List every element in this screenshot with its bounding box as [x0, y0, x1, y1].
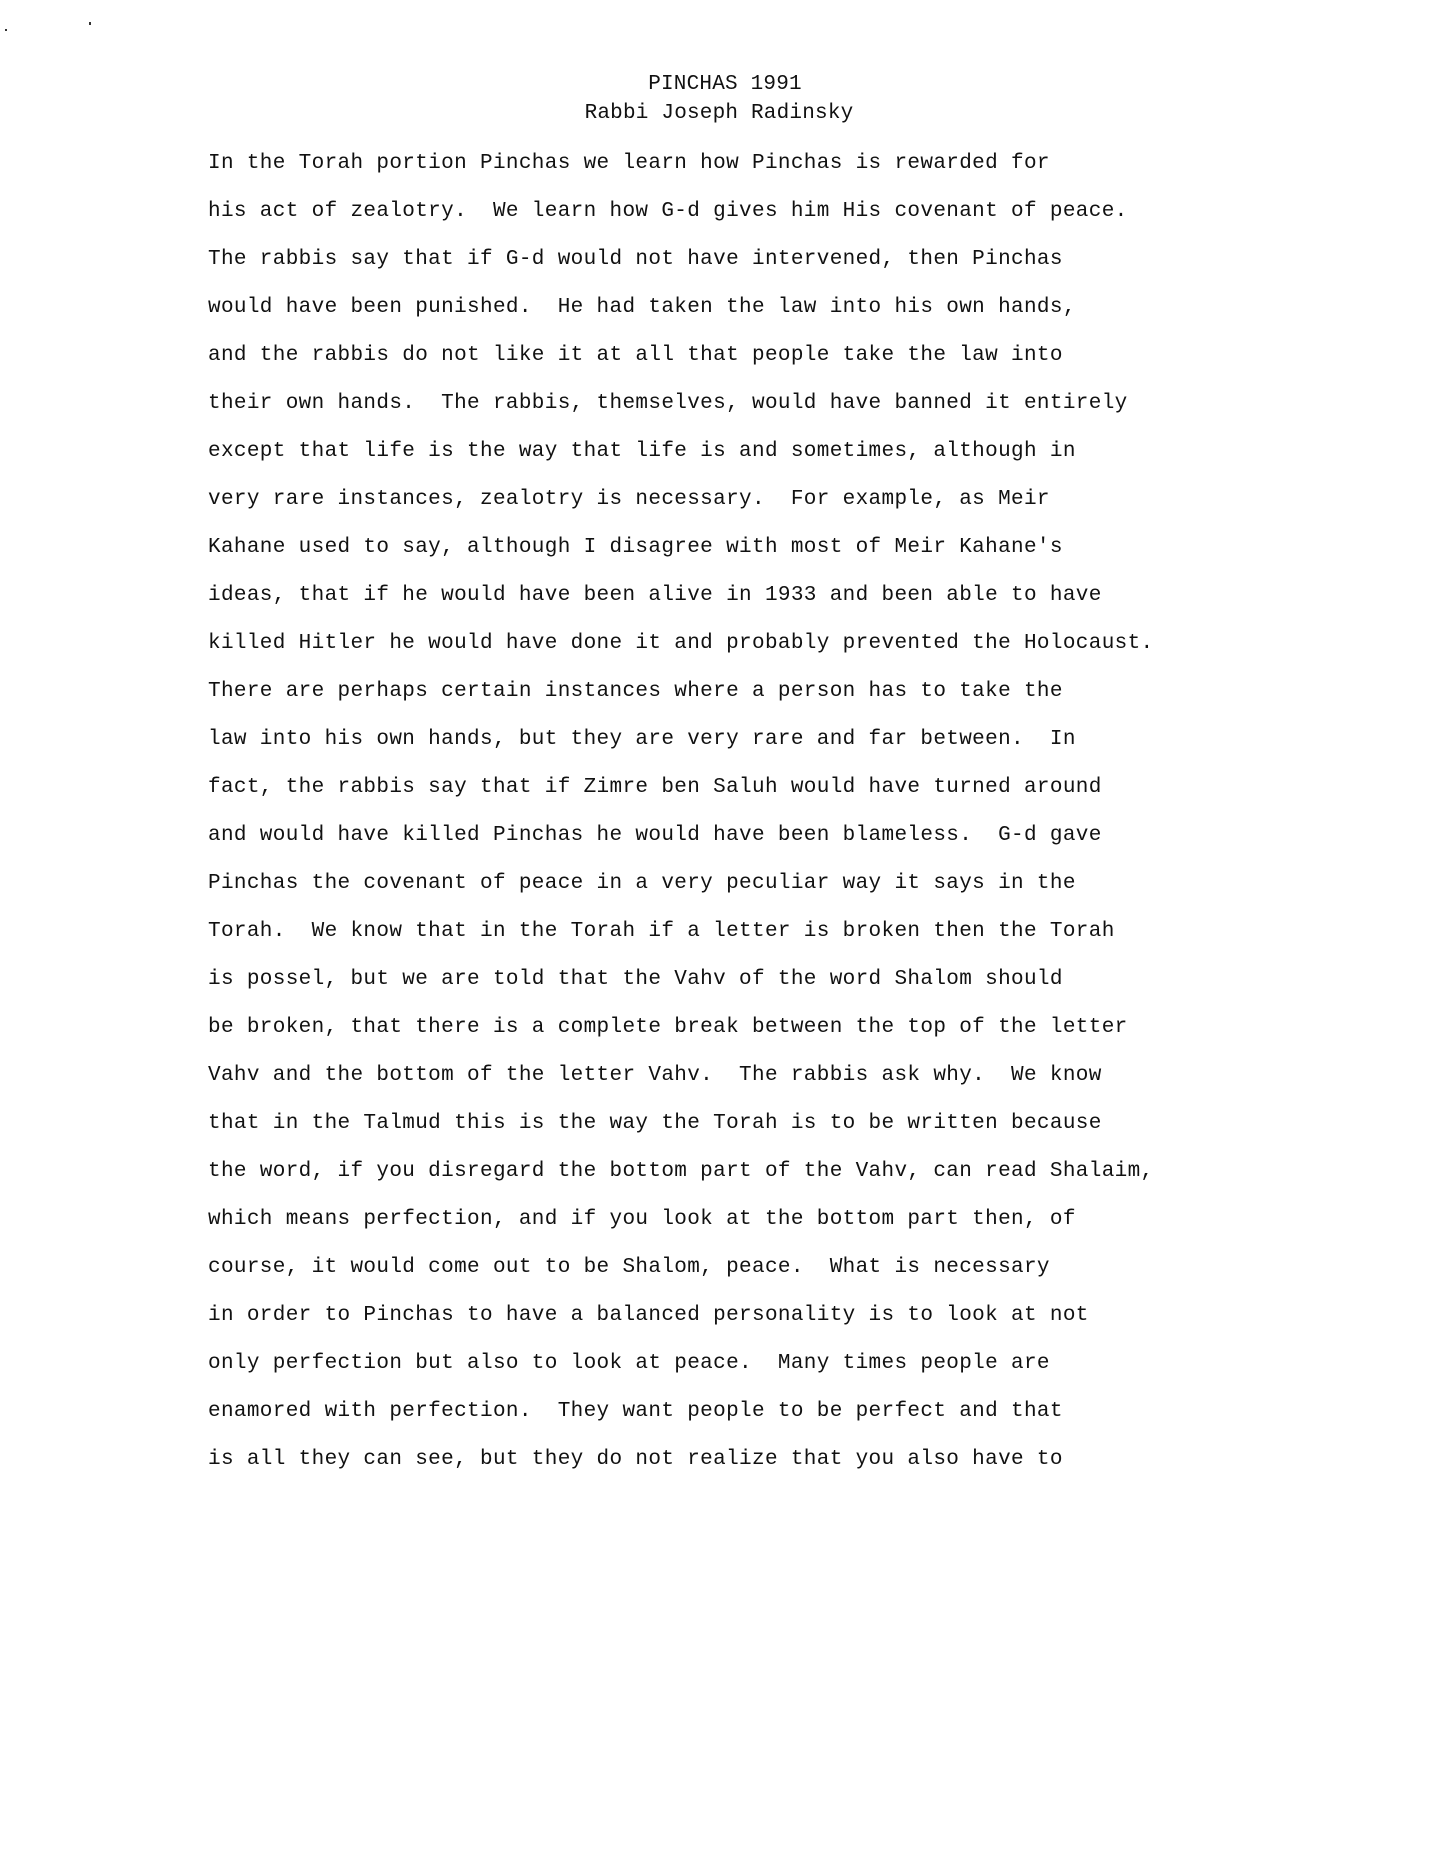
document-body: In the Torah portion Pinchas we learn ho…	[208, 152, 1358, 1496]
text-line: In the Torah portion Pinchas we learn ho…	[208, 152, 1358, 200]
text-line: fact, the rabbis say that if Zimre ben S…	[208, 776, 1358, 824]
text-line: very rare instances, zealotry is necessa…	[208, 488, 1358, 536]
text-line: is all they can see, but they do not rea…	[208, 1448, 1358, 1496]
text-line: except that life is the way that life is…	[208, 440, 1358, 488]
text-line: that in the Talmud this is the way the T…	[208, 1112, 1358, 1160]
text-line: Vahv and the bottom of the letter Vahv. …	[208, 1064, 1358, 1112]
text-line: Kahane used to say, although I disagree …	[208, 536, 1358, 584]
text-line: in order to Pinchas to have a balanced p…	[208, 1304, 1358, 1352]
text-line: would have been punished. He had taken t…	[208, 296, 1358, 344]
text-line: the word, if you disregard the bottom pa…	[208, 1160, 1358, 1208]
text-line: law into his own hands, but they are ver…	[208, 728, 1358, 776]
text-line: killed Hitler he would have done it and …	[208, 632, 1358, 680]
text-line: course, it would come out to be Shalom, …	[208, 1256, 1358, 1304]
text-line: Torah. We know that in the Torah if a le…	[208, 920, 1358, 968]
text-line: is possel, but we are told that the Vahv…	[208, 968, 1358, 1016]
text-line: which means perfection, and if you look …	[208, 1208, 1358, 1256]
text-line: and the rabbis do not like it at all tha…	[208, 344, 1358, 392]
text-line: ideas, that if he would have been alive …	[208, 584, 1358, 632]
document-title: PINCHAS 1991	[20, 70, 1430, 99]
text-line: enamored with perfection. They want peop…	[208, 1400, 1358, 1448]
text-line: and would have killed Pinchas he would h…	[208, 824, 1358, 872]
scan-speck	[5, 29, 7, 31]
text-line: The rabbis say that if G-d would not hav…	[208, 248, 1358, 296]
text-line: their own hands. The rabbis, themselves,…	[208, 392, 1358, 440]
text-line: his act of zealotry. We learn how G-d gi…	[208, 200, 1358, 248]
document-author: Rabbi Joseph Radinsky	[8, 99, 1430, 128]
text-line: Pinchas the covenant of peace in a very …	[208, 872, 1358, 920]
text-line: There are perhaps certain instances wher…	[208, 680, 1358, 728]
document-header: PINCHAS 1991 Rabbi Joseph Radinsky	[0, 70, 1430, 128]
scan-speck	[89, 22, 91, 25]
text-line: be broken, that there is a complete brea…	[208, 1016, 1358, 1064]
text-line: only perfection but also to look at peac…	[208, 1352, 1358, 1400]
